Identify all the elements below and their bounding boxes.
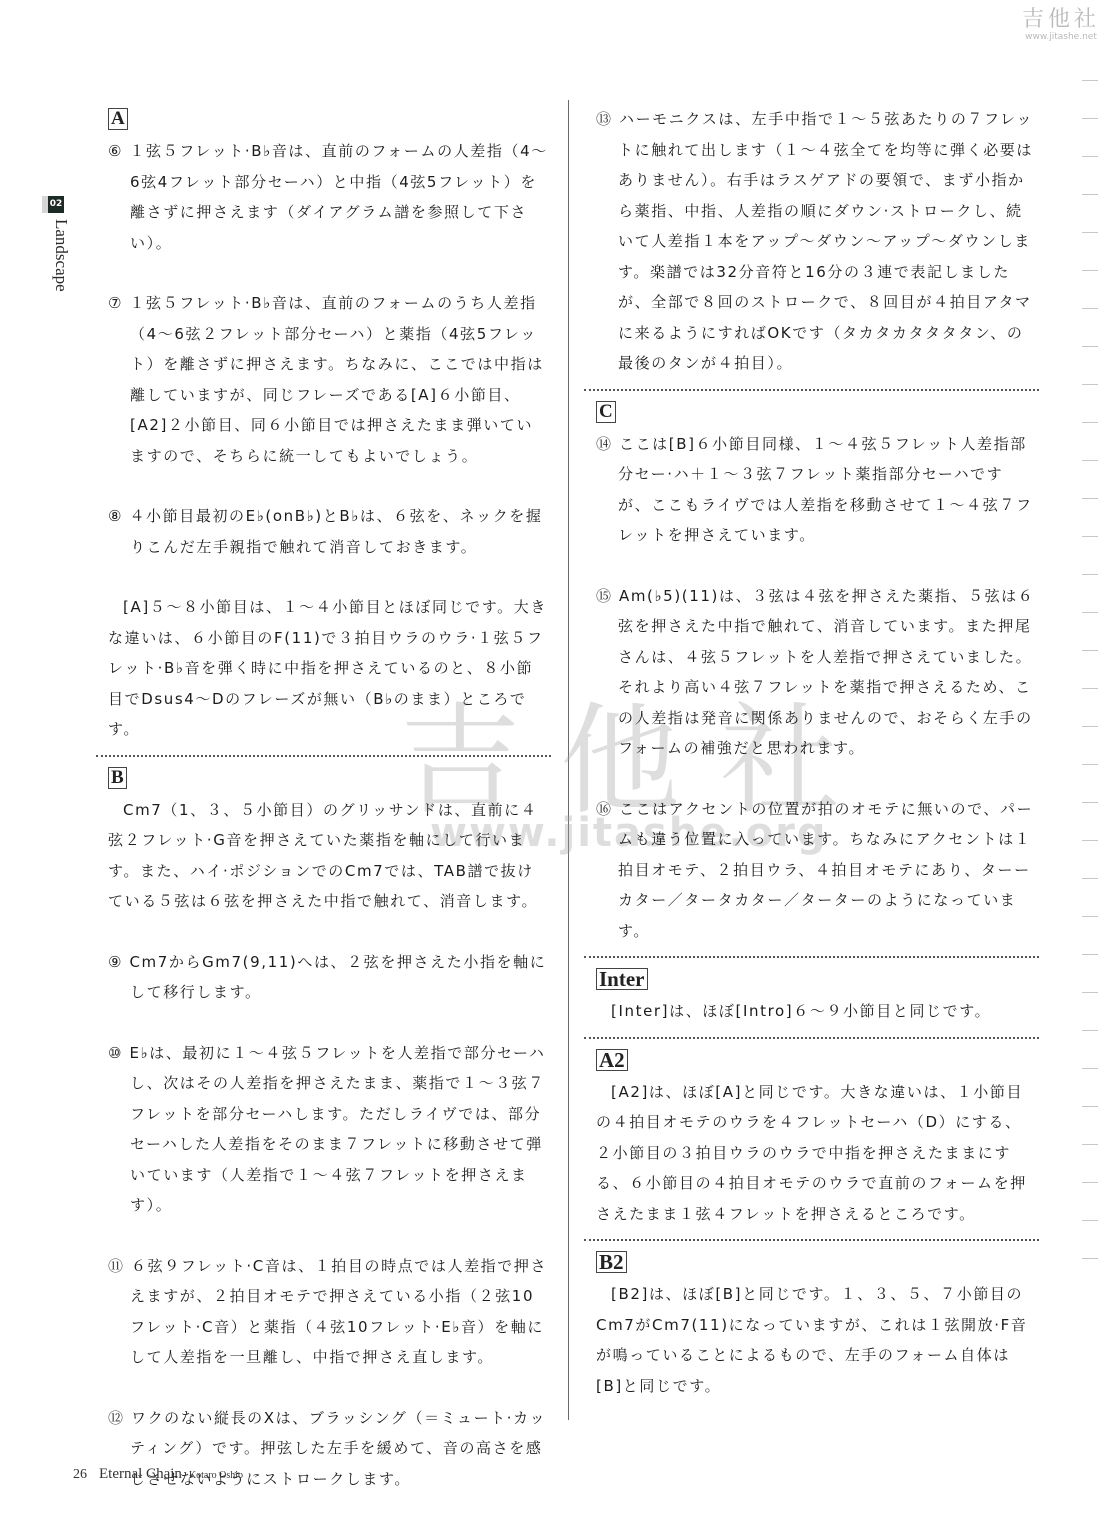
left-column: A ⑥ １弦５フレット·B♭音は、直前のフォームの人差指（4～6弦4フレット部分… <box>108 104 548 1494</box>
note-14: ⑭ ここは[B]６小節目同様、１～４弦５フレット人差指部分セー·ハ＋１～３弦７フ… <box>596 429 1036 551</box>
page-footer: 26 Eternal Chain Kotaro Oshio <box>73 1465 243 1483</box>
note-15: ⑮ Am(♭5)(11)は、３弦は４弦を押さえた薬指、５弦は６弦を押さえた中指で… <box>596 581 1036 764</box>
section-inter-paragraph: [Inter]は、ほぼ[Intro]６～９小節目と同じです。 <box>596 996 1036 1027</box>
section-b-paragraph: Cm7（1、３、５小節目）のグリッサンドは、直前に４弦２フレット·G音を押さえて… <box>108 795 548 917</box>
note-7: ⑦ １弦５フレット·B♭音は、直前のフォームのうち人差指（4～6弦２フレット部分… <box>108 288 548 471</box>
note-6: ⑥ １弦５フレット·B♭音は、直前のフォームの人差指（4～6弦4フレット部分セー… <box>108 136 548 258</box>
section-label-inter: Inter <box>596 968 648 990</box>
site-watermark-url: www.jitashe.net <box>1022 32 1100 42</box>
column-divider <box>568 100 569 1420</box>
note-10: ⑩ E♭は、最初に１～４弦５フレットを人差指で部分セーハし、次はその人差指を押さ… <box>108 1038 548 1221</box>
site-watermark-cn: 吉他社 <box>1022 8 1100 32</box>
page-number: 26 <box>73 1467 87 1482</box>
note-16: ⑯ ここはアクセントの位置が拍のオモテに無いので、パームも違う位置に入っています… <box>596 794 1036 947</box>
section-label-b: B <box>108 767 127 789</box>
note-11: ⑪ ６弦９フレット·C音は、１拍目の時点では人差指で押さえますが、２拍目オモテで… <box>108 1251 548 1373</box>
section-divider <box>584 1239 1039 1241</box>
chapter-title: Landscape <box>51 219 71 292</box>
section-a-paragraph: [A]５～８小節目は、１～４小節目とほぼ同じです。大きな違いは、６小節目のF(1… <box>108 592 548 745</box>
section-label-a: A <box>108 108 128 130</box>
section-divider <box>584 956 1039 958</box>
section-a2-paragraph: [A2]は、ほぼ[A]と同じです。大きな違いは、１小節目の４拍目オモテのウラを４… <box>596 1077 1036 1230</box>
site-watermark: 吉他社 www.jitashe.net <box>1022 8 1100 42</box>
section-b2-paragraph: [B2]は、ほぼ[B]と同じです。１、３、５、７小節目のCm7がCm7(11)に… <box>596 1279 1036 1401</box>
section-divider <box>584 389 1039 391</box>
chapter-number: 02 <box>48 196 64 213</box>
artist-name: Kotaro Oshio <box>189 1470 243 1481</box>
chapter-tab: 02 Landscape <box>40 196 70 292</box>
edge-thumb-marks <box>1082 80 1098 1296</box>
section-label-b2: B2 <box>596 1251 627 1273</box>
note-13: ⑬ ハーモニクスは、左手中指で１～５弦あたりの７フレットに触れて出します（１～４… <box>596 104 1036 379</box>
section-label-c: C <box>596 401 616 423</box>
magazine-page: 吉他社 www.jitashe.net 02 Landscape 吉他社 www… <box>0 0 1110 1524</box>
section-divider <box>96 755 551 757</box>
song-title: Eternal Chain <box>99 1466 182 1482</box>
right-column: ⑬ ハーモニクスは、左手中指で１～５弦あたりの７フレットに触れて出します（１～４… <box>596 104 1036 1401</box>
section-divider <box>584 1037 1039 1039</box>
note-8: ⑧ ４小節目最初のE♭(onB♭)とB♭は、６弦を、ネックを握りこんだ左手親指で… <box>108 501 548 562</box>
section-label-a2: A2 <box>596 1049 628 1071</box>
note-9: ⑨ Cm7からGm7(9,11)へは、２弦を押さえた小指を軸にして移行します。 <box>108 947 548 1008</box>
